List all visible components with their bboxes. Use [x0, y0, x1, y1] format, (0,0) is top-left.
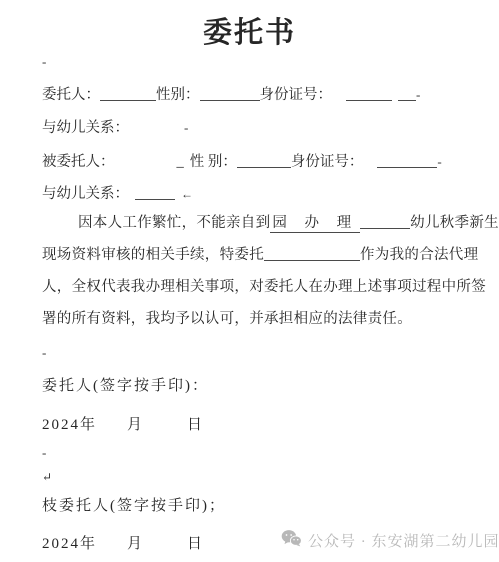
principal-id-label: 身份证号：: [260, 87, 333, 103]
wechat-icon: [281, 529, 302, 552]
principal-relation-value: -: [184, 120, 188, 135]
principal-relation-label: 与幼儿关系：: [42, 120, 129, 136]
watermark-text: 公众号 · 东安湖第二幼儿园: [308, 530, 499, 551]
principal-relation-row: 与幼儿关系：-: [42, 118, 188, 138]
agent-relation-row: 与幼儿关系：←: [42, 184, 193, 204]
principal-id-tail: -: [416, 87, 420, 102]
principal-id-blank-1: [346, 87, 392, 101]
signature2-month: 月: [127, 536, 144, 552]
principal-gender-label: 性别：: [156, 87, 200, 103]
agent-name-placeholder: _: [177, 154, 184, 170]
principal-name-blank: [100, 87, 156, 101]
body-line2-blank: [264, 247, 360, 261]
signature2-label: 枝委托人(签字按手印)；: [42, 496, 226, 516]
authorization-letter-page: 委托书 - 委托人：性别：身份证号：- 与幼儿关系：- 被委托人：_性 别：身份…: [0, 0, 499, 562]
principal-label: 委托人：: [42, 87, 100, 103]
agent-gender-label: 性 别：: [190, 154, 237, 170]
agent-label: 被委托人：: [42, 154, 115, 170]
agent-gender-blank: [237, 154, 291, 168]
signature1-year: 2024年: [42, 417, 97, 433]
signature1-day: 日: [187, 417, 204, 433]
agent-relation-blank: [135, 186, 175, 200]
body-line2-post: 作为我的合法代理: [360, 247, 478, 263]
body-line-4: 署的所有资料，我均予以认可，并承担相应的法律责任。: [42, 309, 412, 329]
official-account-watermark: 公众号 · 东安湖第二幼儿园: [281, 529, 499, 552]
signature1-label: 委托人(签字按手印)：: [42, 376, 209, 396]
signature1-month: 月: [127, 417, 144, 433]
document-title: 委托书: [0, 10, 499, 51]
signature2-date: 2024年月日: [42, 534, 204, 554]
body-line1-blank: [360, 215, 410, 229]
agent-id-label: 身份证号：: [291, 154, 364, 170]
paragraph-mark-after-body: -: [42, 343, 46, 363]
body-line-1: 因本人工作繁忙，不能亲自到园 办 理幼儿秋季新生: [42, 213, 499, 233]
body-line-3: 人，全权代表我办理相关事项，对委托人在办理上述事项过程中所签: [42, 277, 486, 297]
body-line1-pre: 因本人工作繁忙，不能亲自到: [78, 215, 270, 231]
agent-row: 被委托人：_性 别：身份证号：-: [42, 152, 442, 172]
signature2-year: 2024年: [42, 536, 97, 552]
agent-id-tail: -: [437, 154, 441, 169]
body-line1-post: 幼儿秋季新生: [410, 215, 499, 231]
line-break-arrow-mark: ←: [181, 187, 193, 201]
paragraph-mark-after-title: -: [42, 52, 46, 72]
body-line1-filled-text: 园 办 理: [270, 215, 360, 233]
principal-id-blank-2: [398, 87, 416, 101]
agent-id-blank: [377, 154, 437, 168]
signature1-date: 2024年月日: [42, 415, 204, 435]
principal-row: 委托人：性别：身份证号：-: [42, 85, 420, 105]
body-line-2: 现场资料审核的相关手续，特委托作为我的合法代理: [42, 245, 478, 265]
agent-relation-label: 与幼儿关系：: [42, 186, 129, 202]
body-line2-pre: 现场资料审核的相关手续，特委托: [42, 247, 264, 263]
paragraph-mark-dash: -: [42, 443, 46, 463]
principal-gender-blank: [200, 87, 260, 101]
signature2-day: 日: [187, 536, 204, 552]
line-break-return-mark: ↵: [42, 467, 52, 487]
